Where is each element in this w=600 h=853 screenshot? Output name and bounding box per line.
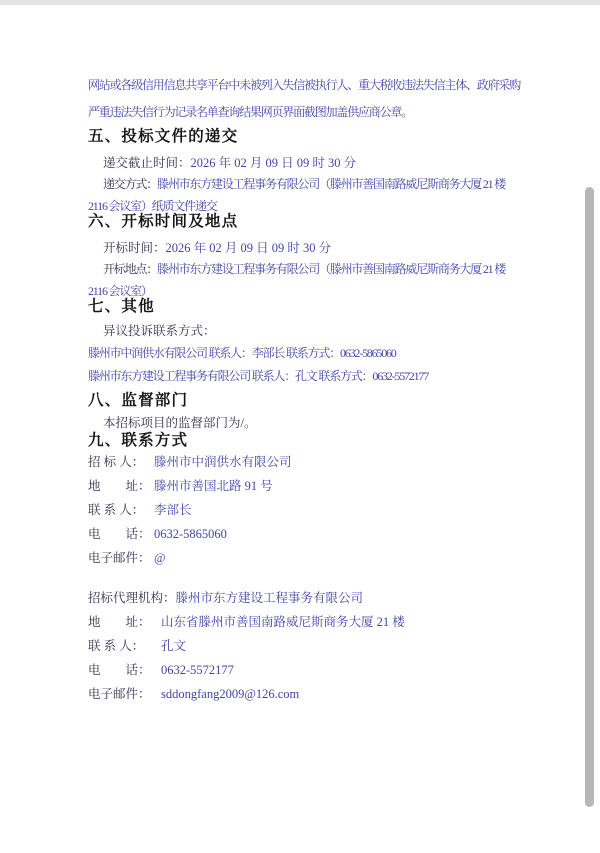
objection-contact-2: 滕州市东方建设工程事务有限公司 联系人：孔文 联系方式：0632-5572177 bbox=[88, 365, 523, 388]
agency-phone-value: 0632-5572177 bbox=[161, 663, 234, 677]
tenderer-email-value: @ bbox=[154, 551, 166, 565]
objection-contact-subtitle: 异议投诉联系方式： bbox=[88, 320, 523, 342]
agency-name-row: 招标代理机构：滕州市东方建设工程事务有限公司 bbox=[88, 586, 523, 610]
tenderer-person-row: 联 系 人：李部长 bbox=[88, 498, 523, 522]
section-8-heading: 八、监督部门 bbox=[88, 390, 523, 412]
agency-person-row: 联 系 人：孔文 bbox=[88, 634, 523, 658]
tenderer-person-label: 联 系 人： bbox=[88, 498, 154, 522]
intro-line-1: 网站或各级信用信息共享平台中未被列入失信被执行人、重大税收违法失信主体、政府采购 bbox=[88, 72, 523, 99]
agency-address-value: 山东省滕州市善国南路威尼斯商务大厦 21 楼 bbox=[161, 615, 405, 629]
tenderer-address-row: 地 址：滕州市善国北路 91 号 bbox=[88, 474, 523, 498]
submission-deadline-value: 2026 年 02 月 09 日 09 时 30 分 bbox=[191, 156, 357, 170]
tenderer-name-value: 滕州市中润供水有限公司 bbox=[154, 455, 292, 469]
intro-paragraph: 网站或各级信用信息共享平台中未被列入失信被执行人、重大税收违法失信主体、政府采购… bbox=[88, 72, 523, 126]
agency-email-label: 电子邮件： bbox=[88, 682, 154, 706]
agency-email-value: sddongfang2009@126.com bbox=[161, 687, 299, 701]
agency-address-label: 地 址： bbox=[88, 610, 154, 634]
intro-line-2: 严重违法失信行为记录名单查询结果网页界面截图加盖供应商公章。 bbox=[88, 99, 523, 126]
section-7-heading: 七、其他 bbox=[88, 296, 523, 318]
document-page: 网站或各级信用信息共享平台中未被列入失信被执行人、重大税收违法失信主体、政府采购… bbox=[88, 72, 523, 706]
agency-phone-label: 电 话： bbox=[88, 658, 154, 682]
opening-time-line: 开标时间：2026 年 02 月 09 日 09 时 30 分 bbox=[88, 237, 523, 259]
agency-person-value: 孔文 bbox=[161, 639, 186, 653]
page-top-gap bbox=[0, 0, 600, 5]
agency-name-label: 招标代理机构： bbox=[88, 591, 176, 605]
submission-method-label: 递交方式： bbox=[103, 177, 157, 191]
agency-name-value: 滕州市东方建设工程事务有限公司 bbox=[176, 591, 364, 605]
agency-person-label: 联 系 人： bbox=[88, 634, 154, 658]
tenderer-email-row: 电子邮件：@ bbox=[88, 546, 523, 570]
agency-contact-block: 招标代理机构：滕州市东方建设工程事务有限公司 地 址：山东省滕州市善国南路威尼斯… bbox=[88, 586, 523, 706]
tenderer-phone-value: 0632-5865060 bbox=[154, 527, 227, 541]
submission-deadline-line: 递交截止时间：2026 年 02 月 09 日 09 时 30 分 bbox=[88, 152, 523, 174]
agency-address-row: 地 址：山东省滕州市善国南路威尼斯商务大厦 21 楼 bbox=[88, 610, 523, 634]
tenderer-phone-label: 电 话： bbox=[88, 522, 154, 546]
section-5-heading: 五、投标文件的递交 bbox=[88, 126, 523, 148]
tenderer-address-value: 滕州市善国北路 91 号 bbox=[154, 479, 273, 493]
tenderer-person-value: 李部长 bbox=[154, 503, 192, 517]
section-9-heading: 九、联系方式 bbox=[88, 430, 523, 452]
submission-deadline-label: 递交截止时间： bbox=[103, 156, 191, 170]
section-6-heading: 六、开标时间及地点 bbox=[88, 211, 523, 233]
tenderer-name-label: 招 标 人： bbox=[88, 450, 154, 474]
objection-contact-1: 滕州市中润供水有限公司 联系人：李部长 联系方式：0632-5865060 bbox=[88, 342, 523, 365]
agency-phone-row: 电 话：0632-5572177 bbox=[88, 658, 523, 682]
tenderer-address-label: 地 址： bbox=[88, 474, 154, 498]
tenderer-email-label: 电子邮件： bbox=[88, 546, 154, 570]
agency-email-row: 电子邮件：sddongfang2009@126.com bbox=[88, 682, 523, 706]
tenderer-name-row: 招 标 人：滕州市中润供水有限公司 bbox=[88, 450, 523, 474]
opening-time-label: 开标时间： bbox=[103, 241, 166, 255]
scrollbar-thumb[interactable] bbox=[585, 187, 594, 807]
opening-time-value: 2026 年 02 月 09 日 09 时 30 分 bbox=[166, 241, 332, 255]
opening-place-label: 开标地点： bbox=[103, 262, 157, 276]
tenderer-contact-block: 招 标 人：滕州市中润供水有限公司 地 址：滕州市善国北路 91 号 联 系 人… bbox=[88, 450, 523, 570]
tenderer-phone-row: 电 话：0632-5865060 bbox=[88, 522, 523, 546]
